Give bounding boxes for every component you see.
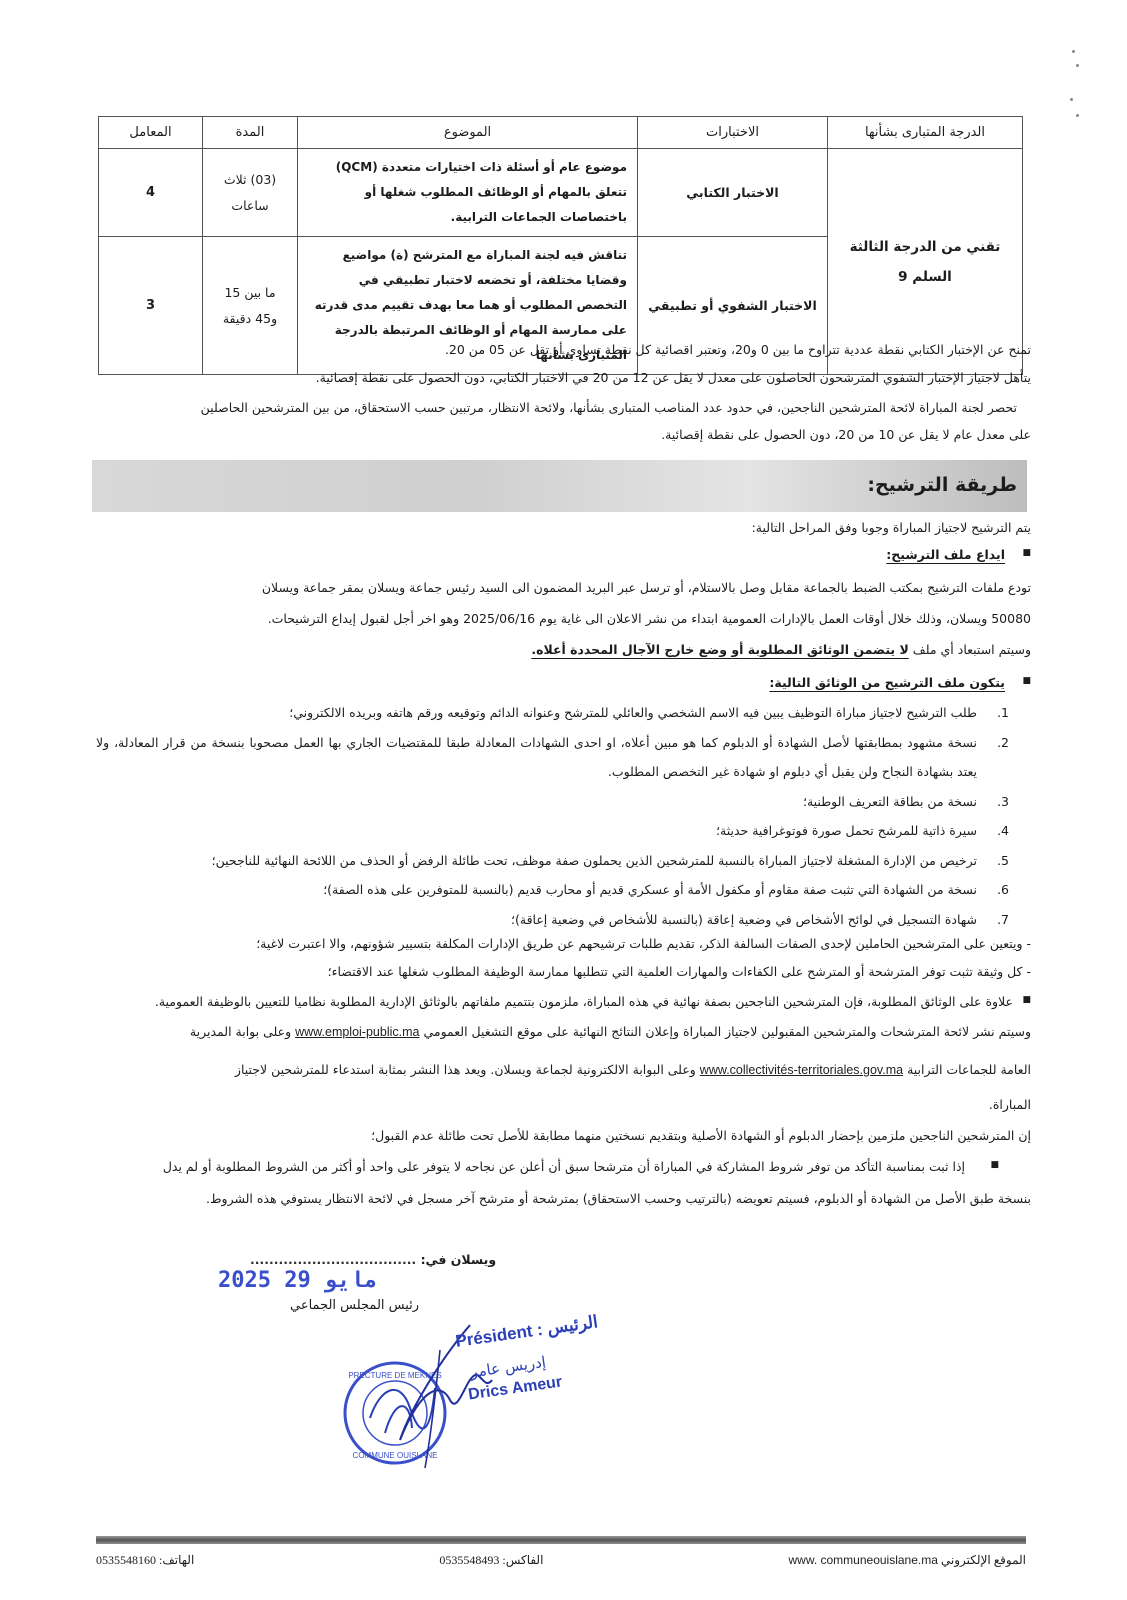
footer-divider	[96, 1536, 1026, 1544]
place-label: ويسلان في:	[421, 1252, 497, 1267]
place-dots: ...................................	[250, 1252, 416, 1267]
grade-scale: السلم 9	[828, 262, 1022, 292]
item-number: 3.	[977, 787, 1009, 817]
item-text: طلب الترشيح لاجتياز مباراة التوظيف يبين …	[96, 698, 977, 728]
place-date-line: ويسلان في: .............................…	[250, 1252, 496, 1267]
rule-final-list-1: تحصر لجنة المباراة لائحة المترشحين الناج…	[96, 398, 1017, 418]
publish-text: وعلى بوابة المديرية	[190, 1024, 295, 1039]
deposit-line-2: 50080 ويسلان، وذلك خلال أوقات العمل بالإ…	[96, 609, 1031, 629]
date-stamp: 2025 مايو 29	[218, 1268, 377, 1293]
header-tests: الاختبارات	[638, 117, 828, 149]
website-label: الموقع الإلكتروني	[941, 1553, 1026, 1567]
table-row: تقني من الدرجة الثالثة السلم 9 الاختبار …	[99, 149, 1023, 237]
test-written: الاختبار الكتابي	[638, 149, 828, 237]
section-title: طريقة الترشيح:	[867, 474, 1017, 496]
list-item: 5. ترخيص من الإدارة المشغلة لاجتياز المب…	[96, 846, 1009, 876]
square-bullet-icon: ■	[1022, 676, 1031, 686]
publish-line-3: المباراة.	[96, 1095, 1031, 1115]
item-text: شهادة التسجيل في لوائح الأشخاص في وضعية …	[96, 905, 977, 935]
header-coefficient: المعامل	[99, 117, 203, 149]
phone-number: 0535548160	[96, 1553, 156, 1567]
footer-website: الموقع الإلكتروني www. communeouislane.m…	[789, 1553, 1027, 1568]
item-number: 2.	[977, 728, 1009, 787]
subject-written: موضوع عام أو أسئلة ذات اختيارات متعددة (…	[298, 149, 638, 237]
note-status-holders: - ويتعين على المترشحين الحاملين لإحدى ال…	[96, 934, 1031, 954]
publish-text: العامة للجماعات الترابية	[903, 1062, 1031, 1077]
website-link[interactable]: www. communeouislane.ma	[789, 1553, 938, 1567]
item-number: 6.	[977, 875, 1009, 905]
exam-table: الدرجة المتبارى بشأنها الاختبارات الموضو…	[98, 116, 1023, 375]
scan-specks	[1067, 36, 1079, 126]
square-bullet-icon: ■	[990, 1160, 999, 1170]
item-text: نسخة من الشهادة التي تثبت صفة مقاوم أو م…	[96, 875, 977, 905]
header-subject: الموضوع	[298, 117, 638, 149]
exclusion-underlined: لا يتضمن الوثائق المطلوبة أو وضع خارج ال…	[531, 642, 908, 657]
list-item: 2. نسخة مشهود بمطابقتها لأصل الشهادة أو …	[96, 728, 1009, 787]
footer-phone: الهاتف: 0535548160	[96, 1553, 194, 1568]
item-text: ترخيص من الإدارة المشغلة لاجتياز المبارا…	[96, 846, 977, 876]
list-item: 4. سيرة ذاتية للمرشح تحمل صورة فوتوغرافي…	[96, 816, 1009, 846]
list-item: 3. نسخة من بطاقة التعريف الوطنية؛	[96, 787, 1009, 817]
header-duration: المدة	[203, 117, 298, 149]
duration-unit: ساعات	[203, 193, 297, 219]
publish-line-1: وسيتم نشر لائحة المترشحات والمترشحين الم…	[96, 1022, 1031, 1042]
duration-value: (03) ثلاث	[203, 167, 297, 193]
item-number: 4.	[977, 816, 1009, 846]
list-item: 7. شهادة التسجيل في لوائح الأشخاص في وضع…	[96, 905, 1009, 935]
speck-dot	[1070, 98, 1073, 101]
item-text: نسخة من بطاقة التعريف الوطنية؛	[96, 787, 977, 817]
rule-final-list-2: على معدل عام لا يقل عن 10 من 20، دون الح…	[96, 425, 1031, 445]
fax-number: 0535548493	[439, 1553, 499, 1567]
note-skills: - كل وثيقة تثبت توفر المترشحة أو المترشح…	[96, 962, 1031, 982]
item-text: سيرة ذاتية للمرشح تحمل صورة فوتوغرافية ح…	[96, 816, 977, 846]
document-page: الدرجة المتبارى بشأنها الاختبارات الموضو…	[0, 0, 1127, 1600]
exclusion-note: وسيتم استبعاد أي ملف لا يتضمن الوثائق ال…	[96, 640, 1031, 660]
speck-dot	[1072, 50, 1075, 53]
duration-value: ما بين 15	[203, 280, 297, 306]
application-intro: يتم الترشيح لاجتياز المباراة وجوبا وفق ا…	[96, 518, 1031, 538]
speck-dot	[1076, 64, 1079, 67]
list-item: 1. طلب الترشيح لاجتياز مباراة التوظيف يب…	[96, 698, 1009, 728]
documents-list: 1. طلب الترشيح لاجتياز مباراة التوظيف يب…	[96, 698, 1009, 934]
publish-text: وسيتم نشر لائحة المترشحات والمترشحين الم…	[419, 1024, 1031, 1039]
footer-contacts: الموقع الإلكتروني www. communeouislane.m…	[96, 1550, 1026, 1570]
header-grade: الدرجة المتبارى بشأنها	[828, 117, 1023, 149]
item-number: 5.	[977, 846, 1009, 876]
speck-dot	[1076, 114, 1079, 117]
deposit-line-1: تودع ملفات الترشيح بمكتب الضبط بالجماعة …	[96, 578, 1031, 598]
square-bullet-icon: ■	[1022, 995, 1031, 1005]
rule-written-score: تمنح عن الإختبار الكتابي نقطة عددية تترا…	[96, 340, 1031, 360]
originals-note: إن المترشحين الناجحين ملزمين بإحضار الدب…	[96, 1126, 1031, 1146]
replacement-line-2: بنسخة طبق الأصل من الشهادة أو الدبلوم، ف…	[96, 1189, 1031, 1209]
item-number: 1.	[977, 698, 1009, 728]
list-item: 6. نسخة من الشهادة التي تثبت صفة مقاوم أ…	[96, 875, 1009, 905]
replacement-line-1: إذا ثبت بمناسبة التأكد من توفر شروط المش…	[96, 1157, 965, 1177]
duration-written: (03) ثلاث ساعات	[203, 149, 298, 237]
deposit-heading: ايداع ملف الترشيح:	[96, 545, 1005, 565]
collectivites-link[interactable]: www.collectivités-territoriales.gov.ma	[700, 1063, 903, 1077]
publish-text: وعلى البوابة الالكترونية لجماعة ويسلان. …	[235, 1062, 700, 1077]
item-text: نسخة مشهود بمطابقتها لأصل الشهادة أو الد…	[96, 728, 977, 787]
grade-title: تقني من الدرجة الثالثة	[828, 232, 1022, 262]
footer-fax: الفاكس: 0535548493	[439, 1553, 543, 1568]
table-header-row: الدرجة المتبارى بشأنها الاختبارات الموضو…	[99, 117, 1023, 149]
exclusion-prefix: وسيتم استبعاد أي ملف	[909, 642, 1031, 657]
documents-heading: يتكون ملف الترشيح من الوثائق التالية:	[96, 673, 1005, 693]
square-bullet-icon: ■	[1022, 548, 1031, 558]
signer-title: رئيس المجلس الجماعي	[290, 1298, 419, 1313]
fax-label: الفاكس:	[502, 1553, 543, 1567]
rule-oral-eligibility: يتأهل لاجتياز الإختبار الشفوي المترشحون …	[96, 368, 1031, 388]
coefficient-written: 4	[99, 149, 203, 237]
phone-label: الهاتف:	[159, 1553, 194, 1567]
publish-line-2: العامة للجماعات الترابية www.collectivit…	[96, 1060, 1031, 1080]
item-number: 7.	[977, 905, 1009, 935]
president-label: Président : الرئيس	[454, 1312, 599, 1352]
emploi-public-link[interactable]: www.emploi-public.ma	[295, 1025, 419, 1039]
additional-docs: علاوة على الوثائق المطلوبة، فإن المترشحي…	[96, 992, 1013, 1012]
duration-unit: و45 دقيقة	[203, 306, 297, 332]
